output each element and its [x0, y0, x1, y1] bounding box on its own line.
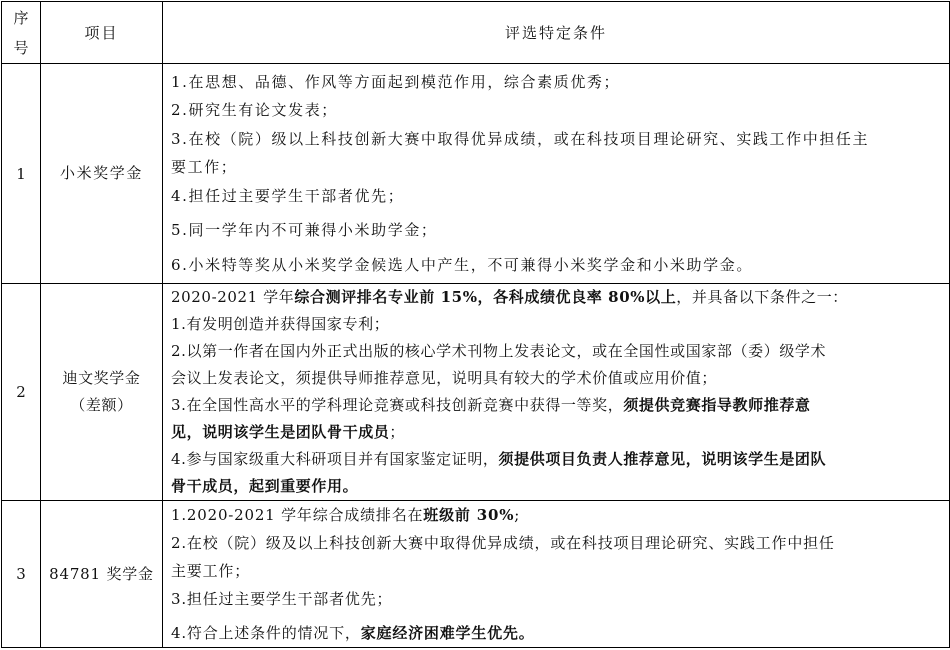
conditions-cell: 1.2020-2021 学年综合成绩排名在班级前 30%; 2.在校（院）级及以…: [163, 501, 950, 648]
intro-prefix: 2020-2021 学年: [171, 288, 294, 306]
condition-text: 3.在全国性高水平的学科理论竞赛或科技创新竞赛中获得一等奖，: [171, 396, 623, 414]
condition-item: 1.有发明创造并获得国家专利；: [171, 311, 943, 338]
condition-item: 4.担任过主要学生干部者优先；: [171, 182, 943, 211]
scholarship-name: 迪文奖学金 （差额）: [41, 284, 163, 501]
condition-item: 5.同一学年内不可兼得小米助学金；: [171, 216, 943, 245]
condition-item-continued: 骨干成员，起到重要作用。: [171, 473, 943, 500]
condition-text: 4.参与国家级重大科研项目并有国家鉴定证明，: [171, 450, 499, 468]
condition-emphasis: 家庭经济困难学生优先。: [361, 624, 535, 642]
condition-item: 2.以第一作者在国内外正式出版的核心学术刊物上发表论文，或在全国性或国家部（委）…: [171, 338, 943, 365]
condition-item: 3.在全国性高水平的学科理论竞赛或科技创新竞赛中获得一等奖，须提供竞赛指导教师推…: [171, 392, 943, 419]
scholarship-name: 84781 奖学金: [41, 501, 163, 648]
scholarship-criteria-table: 序 号 项目 评选特定条件 1 小米奖学金 1.在思想、品德、作风等方面起到模范…: [1, 1, 950, 648]
condition-item-continued: 主要工作；: [171, 557, 943, 585]
header-serial-number: 序 号: [2, 2, 41, 64]
condition-emphasis: 班级前 30%: [423, 506, 514, 524]
scholarship-name-line: 小米奖学金: [41, 159, 162, 188]
condition-item: 6.小米特等奖从小米奖学金候选人中产生，不可兼得小米奖学金和小米助学金。: [171, 251, 943, 280]
condition-item: 4.符合上述条件的情况下，家庭经济困难学生优先。: [171, 619, 943, 647]
row-number: 3: [2, 501, 41, 648]
header-serial-char-1: 序: [2, 3, 40, 33]
intro-suffix: ，并具备以下条件之一：: [676, 288, 848, 306]
condition-emphasis: 骨干成员，起到重要作用。: [171, 477, 358, 495]
condition-item-continued: 会议上发表论文，须提供导师推荐意见，说明具有较大的学术价值或应用价值；: [171, 365, 943, 392]
header-conditions: 评选特定条件: [163, 2, 950, 64]
table-row: 2 迪文奖学金 （差额） 2020-2021 学年综合测评排名专业前 15%，各…: [2, 284, 950, 501]
condition-text: 4.符合上述条件的情况下，: [171, 624, 361, 642]
table-row: 3 84781 奖学金 1.2020-2021 学年综合成绩排名在班级前 30%…: [2, 501, 950, 648]
condition-item: 1.2020-2021 学年综合成绩排名在班级前 30%;: [171, 501, 943, 529]
condition-item-continued: 要工作；: [171, 153, 943, 182]
row-number: 2: [2, 284, 41, 501]
scholarship-name: 小米奖学金: [41, 64, 163, 284]
condition-item: 2.研究生有论文发表；: [171, 96, 943, 125]
condition-intro: 2020-2021 学年综合测评排名专业前 15%，各科成绩优良率 80%以上，…: [171, 284, 943, 311]
scholarship-name-line: 84781 奖学金: [41, 560, 162, 588]
condition-emphasis: 须提供竞赛指导教师推荐意: [623, 396, 810, 414]
table-header-row: 序 号 项目 评选特定条件: [2, 2, 950, 64]
row-number: 1: [2, 64, 41, 284]
conditions-cell: 1.在思想、品德、作风等方面起到模范作用，综合素质优秀； 2.研究生有论文发表；…: [163, 64, 950, 284]
condition-text: ;: [514, 506, 520, 524]
scholarship-name-line: 迪文奖学金: [41, 365, 162, 392]
condition-text: ；: [389, 423, 405, 441]
condition-item: 4.参与国家级重大科研项目并有国家鉴定证明，须提供项目负责人推荐意见，说明该学生…: [171, 446, 943, 473]
intro-emphasis: 综合测评排名专业前 15%，各科成绩优良率 80%以上: [294, 288, 676, 306]
condition-emphasis: 须提供项目负责人推荐意见，说明该学生是团队: [499, 450, 827, 468]
table-row: 1 小米奖学金 1.在思想、品德、作风等方面起到模范作用，综合素质优秀； 2.研…: [2, 64, 950, 284]
condition-item: 1.在思想、品德、作风等方面起到模范作用，综合素质优秀；: [171, 68, 943, 97]
header-serial-char-2: 号: [2, 33, 40, 63]
condition-item: 3.担任过主要学生干部者优先；: [171, 585, 943, 613]
condition-item: 3.在校（院）级以上科技创新大赛中取得优异成绩，或在科技项目理论研究、实践工作中…: [171, 125, 943, 154]
condition-emphasis: 见，说明该学生是团队骨干成员: [171, 423, 389, 441]
condition-text: 1.2020-2021 学年综合成绩排名在: [171, 506, 423, 524]
conditions-cell: 2020-2021 学年综合测评排名专业前 15%，各科成绩优良率 80%以上，…: [163, 284, 950, 501]
header-item: 项目: [41, 2, 163, 64]
scholarship-name-note: （差额）: [41, 392, 162, 419]
condition-item-continued: 见，说明该学生是团队骨干成员；: [171, 419, 943, 446]
condition-item: 2.在校（院）级及以上科技创新大赛中取得优异成绩，或在科技项目理论研究、实践工作…: [171, 529, 943, 557]
